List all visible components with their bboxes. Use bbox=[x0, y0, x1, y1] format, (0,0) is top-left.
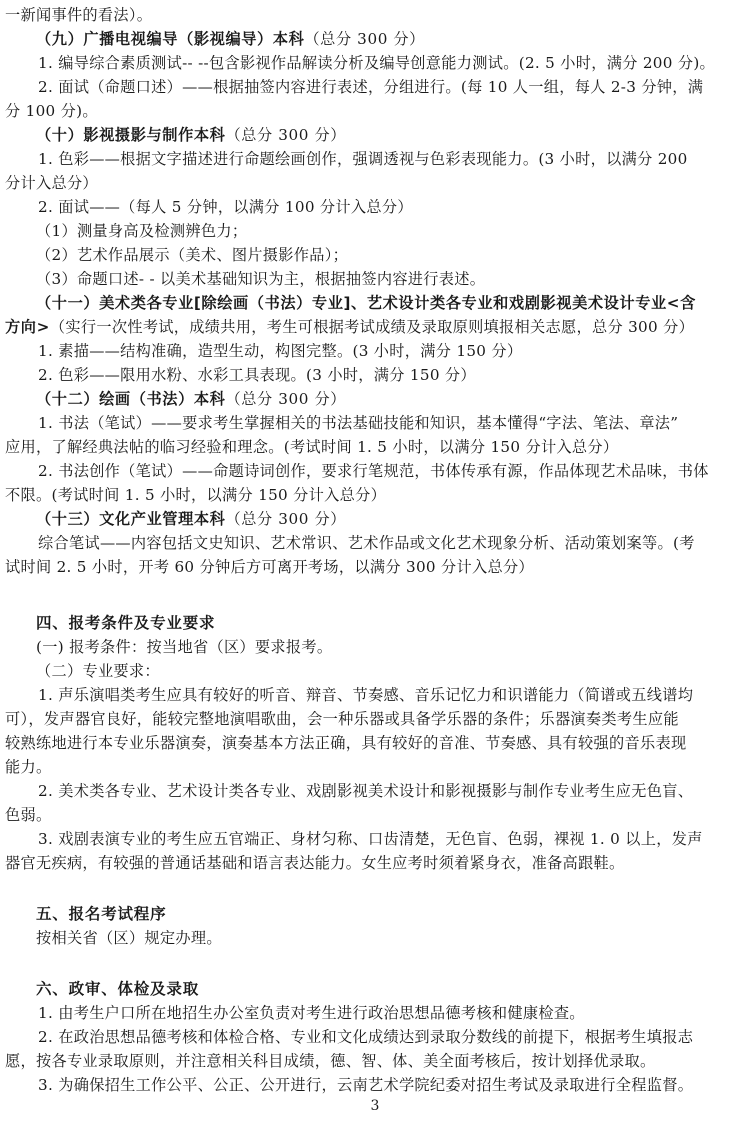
paragraph-line: 2. 色彩——限用水粉、水彩工具表现。(3 小时，满分 150 分） bbox=[38, 364, 750, 386]
paragraph-line: 2. 面试（命题口述）——根据抽签内容进行表述，分组进行。(每 10 人一组，每… bbox=[38, 76, 750, 98]
section-total: （总分 300 分） bbox=[225, 510, 346, 528]
paragraph-line: 较熟练地进行本专业乐器演奏，演奏基本方法正确，具有较好的音准、节奏感、具有较强的… bbox=[5, 732, 745, 754]
section-title: （十二）绘画（书法）本科 bbox=[36, 390, 225, 408]
paragraph-line: 可），发声器官良好，能较完整地演唱歌曲，会一种乐器或具备学乐器的条件；乐器演奏类… bbox=[5, 708, 745, 730]
paragraph-line: 1. 由考生户口所在地招生办公室负责对考生进行政治思想品德考核和健康检查。 bbox=[38, 1002, 750, 1024]
paragraph-line: 3. 戏剧表演专业的考生应五官端正、身材匀称、口齿清楚，无色盲、色弱，裸视 1.… bbox=[38, 828, 750, 850]
paragraph-line: 1. 书法（笔试）——要求考生掌握相关的书法基础技能和知识，基本懂得“字法、笔法… bbox=[38, 412, 750, 434]
paragraph-line: 2. 面试——（每人 5 分钟，以满分 100 分计入总分） bbox=[38, 196, 750, 218]
paragraph-line: 分 100 分)。 bbox=[5, 100, 745, 122]
paragraph-line: 能力。 bbox=[5, 756, 745, 778]
paragraph-line: （1）测量身高及检测辨色力； bbox=[36, 220, 750, 242]
paragraph-line: 不限。(考试时间 1. 5 小时，以满分 150 分计入总分） bbox=[5, 484, 745, 506]
section-total: （总分 300 分） bbox=[304, 30, 425, 48]
paragraph-line: 1. 声乐演唱类考生应具有较好的听音、辩音、节奏感、音乐记忆力和识谱能力（简谱或… bbox=[38, 684, 750, 706]
chapter-heading-6: 六、政审、体检及录取 bbox=[36, 978, 750, 1000]
paragraph-line: 2. 美术类各专业、艺术设计类各专业、戏剧影视美术设计和影视摄影与制作专业考生应… bbox=[38, 780, 750, 802]
chapter-heading-5: 五、报名考试程序 bbox=[36, 903, 750, 925]
paragraph-line: （3）命题口述- - 以美术基础知识为主，根据抽签内容进行表述。 bbox=[36, 268, 750, 290]
section-title: （九）广播电视编导（影视编导）本科 bbox=[36, 30, 304, 48]
section-total: （总分 300 分） bbox=[225, 390, 346, 408]
section-heading-13: （十三）文化产业管理本科（总分 300 分） bbox=[36, 508, 750, 530]
section-title-cont: 方向> bbox=[5, 318, 50, 336]
paragraph-line: 1. 编导综合素质测试-- --包含影视作品解读分析及编导创意能力测试。(2. … bbox=[38, 52, 750, 74]
paragraph-line: 试时间 2. 5 小时，开考 60 分钟后方可离开考场，以满分 300 分计入总… bbox=[5, 556, 745, 578]
section-heading-9: （九）广播电视编导（影视编导）本科（总分 300 分） bbox=[36, 28, 750, 50]
paragraph-line: 1. 素描——结构准确，造型生动，构图完整。(3 小时，满分 150 分） bbox=[38, 340, 750, 362]
paragraph-line: 分计入总分） bbox=[5, 172, 745, 194]
paragraph-line: 综合笔试——内容包括文史知识、艺术常识、艺术作品或文化艺术现象分析、活动策划案等… bbox=[38, 532, 750, 554]
page-number: 3 bbox=[0, 1098, 750, 1114]
paragraph-line: 器官无疾病，有较强的普通话基础和语言表达能力。女生应考时须着紧身衣，准备高跟鞋。 bbox=[5, 852, 745, 874]
section-heading-12: （十二）绘画（书法）本科（总分 300 分） bbox=[36, 388, 750, 410]
paragraph-line: 2. 在政治思想品德考核和体检合格、专业和文化成绩达到录取分数线的前提下，根据考… bbox=[38, 1026, 750, 1048]
paragraph-line: 1. 色彩——根据文字描述进行命题绘画创作，强调透视与色彩表现能力。(3 小时，… bbox=[38, 148, 750, 170]
paragraph-line: 一新闻事件的看法）。 bbox=[5, 4, 745, 26]
section-heading-10: （十）影视摄影与制作本科（总分 300 分） bbox=[36, 124, 750, 146]
section-note: （实行一次性考试，成绩共用，考生可根据考试成绩及录取原则填报相关志愿，总分 30… bbox=[50, 318, 694, 336]
paragraph-line: 2. 书法创作（笔试）——命题诗词创作，要求行笔规范，书体传承有源，作品体现艺术… bbox=[38, 460, 750, 482]
paragraph-line: 应用，了解经典法帖的临习经验和理念。(考试时间 1. 5 小时，以满分 150 … bbox=[5, 436, 745, 458]
section-title: （十）影视摄影与制作本科 bbox=[36, 126, 225, 144]
paragraph-line: 按相关省（区）规定办理。 bbox=[36, 927, 750, 949]
paragraph-line: 色弱。 bbox=[5, 804, 745, 826]
paragraph-line: (一) 报考条件：按当地省（区）要求报考。 bbox=[36, 636, 750, 658]
section-heading-11: （十一）美术类各专业[除绘画（书法）专业]、艺术设计类各专业和戏剧影视美术设计专… bbox=[36, 292, 750, 314]
paragraph-line: 愿，按各专业录取原则，并注意相关科目成绩，德、智、体、美全面考核后，按计划择优录… bbox=[5, 1050, 745, 1072]
paragraph-line: 3. 为确保招生工作公平、公正、公开进行，云南艺术学院纪委对招生考试及录取进行全… bbox=[38, 1074, 750, 1096]
section-title: （十三）文化产业管理本科 bbox=[36, 510, 225, 528]
paragraph-line: （2）艺术作品展示（美术、图片摄影作品）； bbox=[36, 244, 750, 266]
section-total: （总分 300 分） bbox=[225, 126, 346, 144]
chapter-heading-4: 四、报考条件及专业要求 bbox=[36, 612, 750, 634]
paragraph-line: 方向>（实行一次性考试，成绩共用，考生可根据考试成绩及录取原则填报相关志愿，总分… bbox=[5, 316, 745, 338]
paragraph-line: （二）专业要求： bbox=[36, 660, 750, 682]
